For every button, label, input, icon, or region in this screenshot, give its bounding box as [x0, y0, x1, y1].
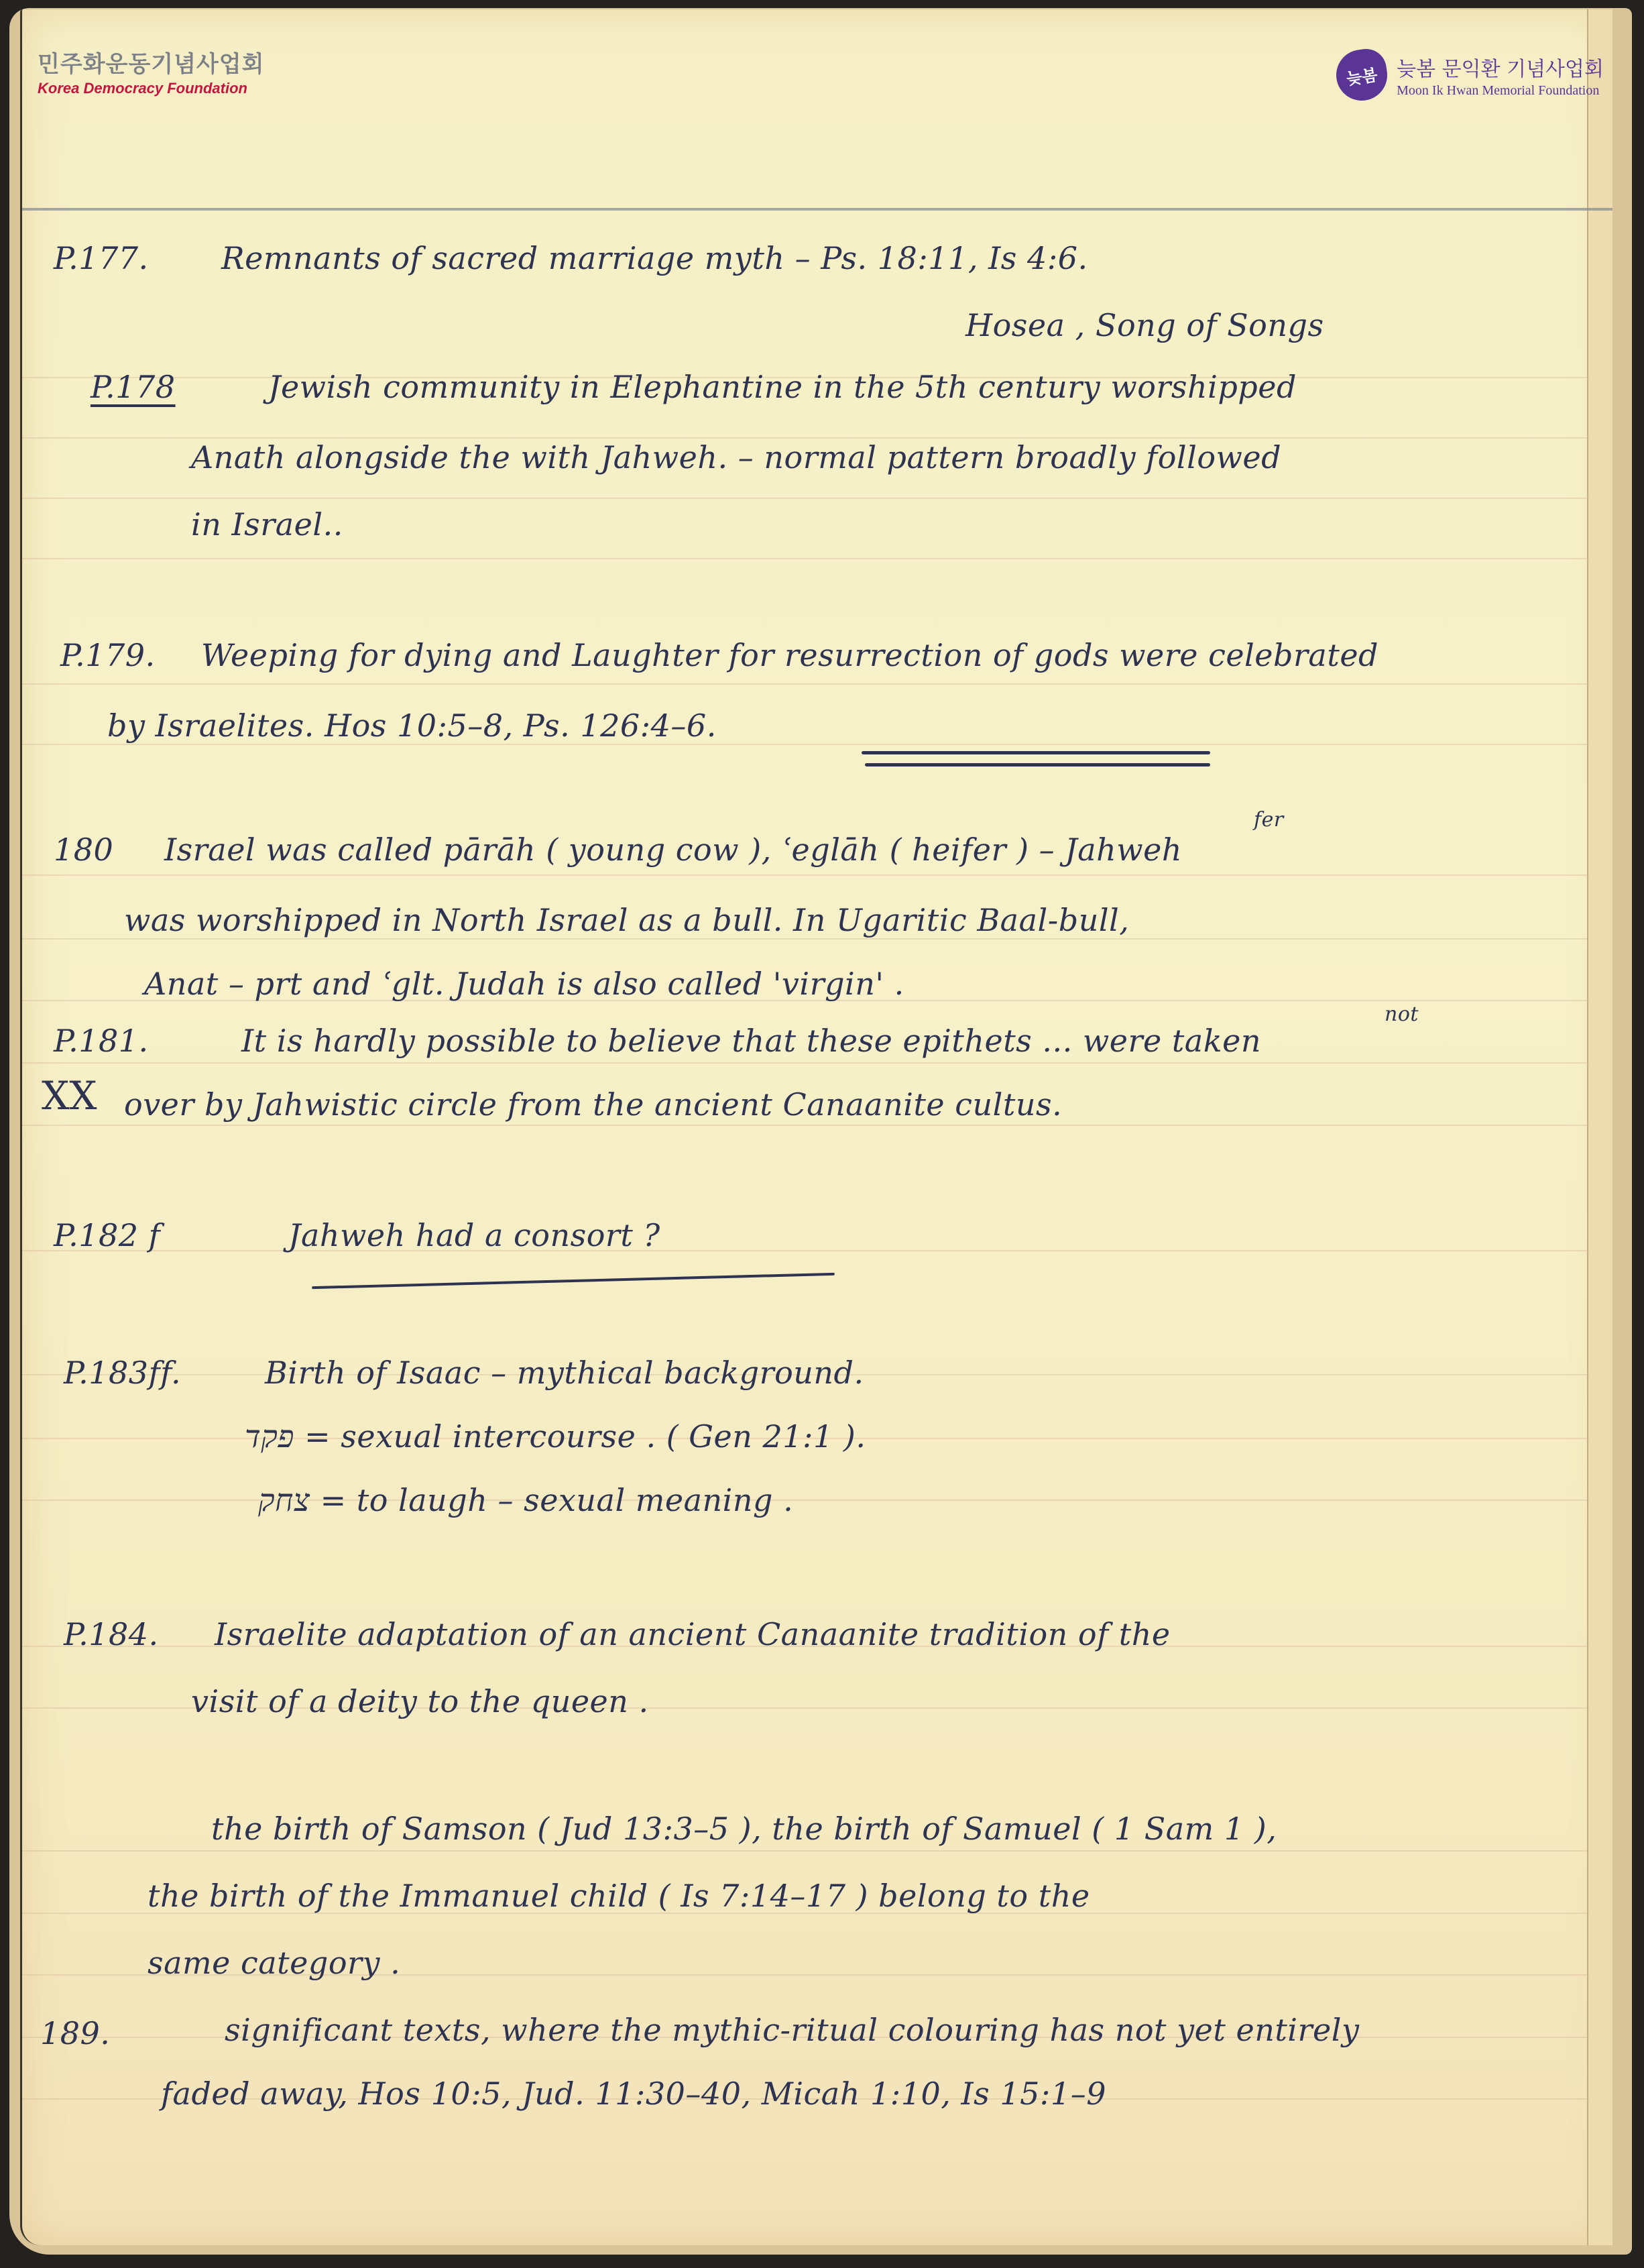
note-ref: P.184. [64, 1616, 159, 1652]
kdf-korean-name: 민주화운동기념사업회 [38, 46, 264, 78]
moon-ik-hwan-foundation-logo: 늦봄 늦봄 문익환 기념사업회 Moon Ik Hwan Memorial Fo… [1336, 50, 1604, 101]
ruled-line [22, 938, 1588, 940]
mih-english-name: Moon Ik Hwan Memorial Foundation [1397, 83, 1604, 99]
note-line: visit of a deity to the queen . [191, 1683, 649, 1719]
note-line: Weeping for dying and Laughter for resur… [201, 637, 1378, 673]
ruled-line [22, 498, 1588, 499]
note-line: Jewish community in Elephantine in the 5… [268, 369, 1297, 405]
ruled-line [22, 1125, 1588, 1126]
note-ref: P.181. [54, 1023, 149, 1059]
note-ref: P.183ff. [64, 1355, 181, 1391]
note-line: the birth of Samson ( Jud 13:3–5 ), the … [211, 1811, 1277, 1847]
emphasis-underline [862, 751, 1210, 754]
ruled-line [22, 437, 1588, 439]
note-line: Remnants of sacred marriage myth – Ps. 1… [221, 240, 1088, 276]
note-ref: 180 [54, 832, 113, 868]
ruled-line [22, 1250, 1588, 1251]
note-line: over by Jahwistic circle from the ancien… [124, 1086, 1062, 1123]
note-line: Israelite adaptation of an ancient Canaa… [215, 1616, 1171, 1652]
note-line: same category . [148, 1945, 400, 1981]
note-line: faded away, Hos 10:5, Jud. 11:30–40, Mic… [161, 2076, 1106, 2112]
binding-edge [1587, 9, 1612, 2245]
mih-korean-name: 늦봄 문익환 기념사업회 [1397, 52, 1604, 82]
note-line: צחק = to laugh – sexual meaning . [258, 1482, 793, 1518]
note-line: Anath alongside the with Jahweh. – norma… [191, 439, 1281, 475]
header-rule [22, 208, 1612, 211]
ruled-line [22, 744, 1588, 745]
ruled-line [22, 1499, 1588, 1501]
kdf-english-name: Korea Democracy Foundation [38, 80, 264, 97]
note-ref: P.177. [54, 240, 149, 276]
note-line: פקד = sexual intercourse . ( Gen 21:1 ). [245, 1418, 866, 1455]
ruled-line [22, 874, 1588, 876]
neutbom-emblem-icon: 늦봄 [1333, 46, 1391, 104]
note-ref: P.182 f [54, 1217, 160, 1253]
ruled-line [22, 1850, 1588, 1852]
note-ref: P.179. [60, 637, 156, 673]
note-line: Birth of Isaac – mythical background. [265, 1355, 864, 1391]
note-ref: P.178 [91, 369, 176, 405]
korea-democracy-foundation-logo: 민주화운동기념사업회 Korea Democracy Foundation [38, 46, 264, 97]
ruled-line [22, 558, 1588, 559]
note-line: Jahweh had a consort ? [288, 1217, 660, 1253]
note-line: Israel was called pārāh ( young cow ), ʿ… [164, 832, 1182, 868]
emphasis-underline [865, 763, 1210, 767]
note-line: Hosea , Song of Songs [965, 307, 1324, 343]
insertion-mark: not [1385, 1003, 1419, 1026]
note-line: Anat – prt and ʿglt. Judah is also calle… [144, 966, 904, 1002]
ruled-line [22, 1062, 1588, 1064]
note-line: in Israel.. [191, 506, 343, 543]
note-ref: 189. [40, 2015, 110, 2051]
margin-cross-mark: XX [42, 1073, 97, 1119]
note-line: significant texts, where the mythic-ritu… [225, 2012, 1359, 2048]
note-line: It is hardly possible to believe that th… [241, 1023, 1261, 1059]
note-line: was worshipped in North Israel as a bull… [124, 902, 1129, 938]
note-line: the birth of the Immanuel child ( Is 7:1… [148, 1878, 1090, 1914]
ruled-line [22, 683, 1588, 685]
note-line: by Israelites. Hos 10:5–8, Ps. 126:4–6. [107, 707, 717, 744]
superscript-correction: fer [1254, 808, 1284, 832]
